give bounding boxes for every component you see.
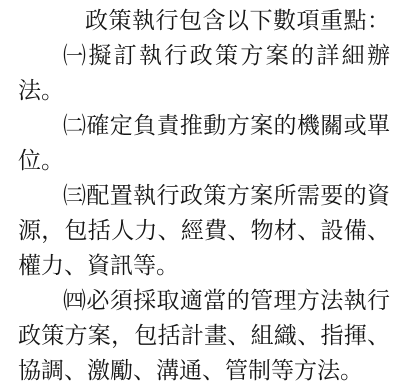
text-line-item1-end: 法。 [18, 73, 390, 108]
document-page: 政策執行包含以下數項重點： ㈠擬訂執行政策方案的詳細辦 法。 ㈡確定負責推動方案… [0, 0, 400, 391]
text-line-item3-middle: 源，包括人力、經費、物材、設備、 [18, 213, 390, 248]
text-line-item2-end: 位。 [18, 143, 390, 178]
text-line-item2-start: ㈡確定負責推動方案的機關或單 [18, 108, 390, 143]
text-line-intro: 政策執行包含以下數項重點： [18, 3, 390, 38]
text-line-item4-middle: 政策方案，包括計畫、組織、指揮、 [18, 318, 390, 353]
text-line-item1-start: ㈠擬訂執行政策方案的詳細辦 [18, 38, 390, 73]
text-line-item4-start: ㈣必須採取適當的管理方法執行 [18, 283, 390, 318]
text-line-item4-end: 協調、激勵、溝通、管制等方法。 [18, 353, 390, 388]
text-line-item3-end: 權力、資訊等。 [18, 248, 390, 283]
text-line-item3-start: ㈢配置執行政策方案所需要的資 [18, 178, 390, 213]
